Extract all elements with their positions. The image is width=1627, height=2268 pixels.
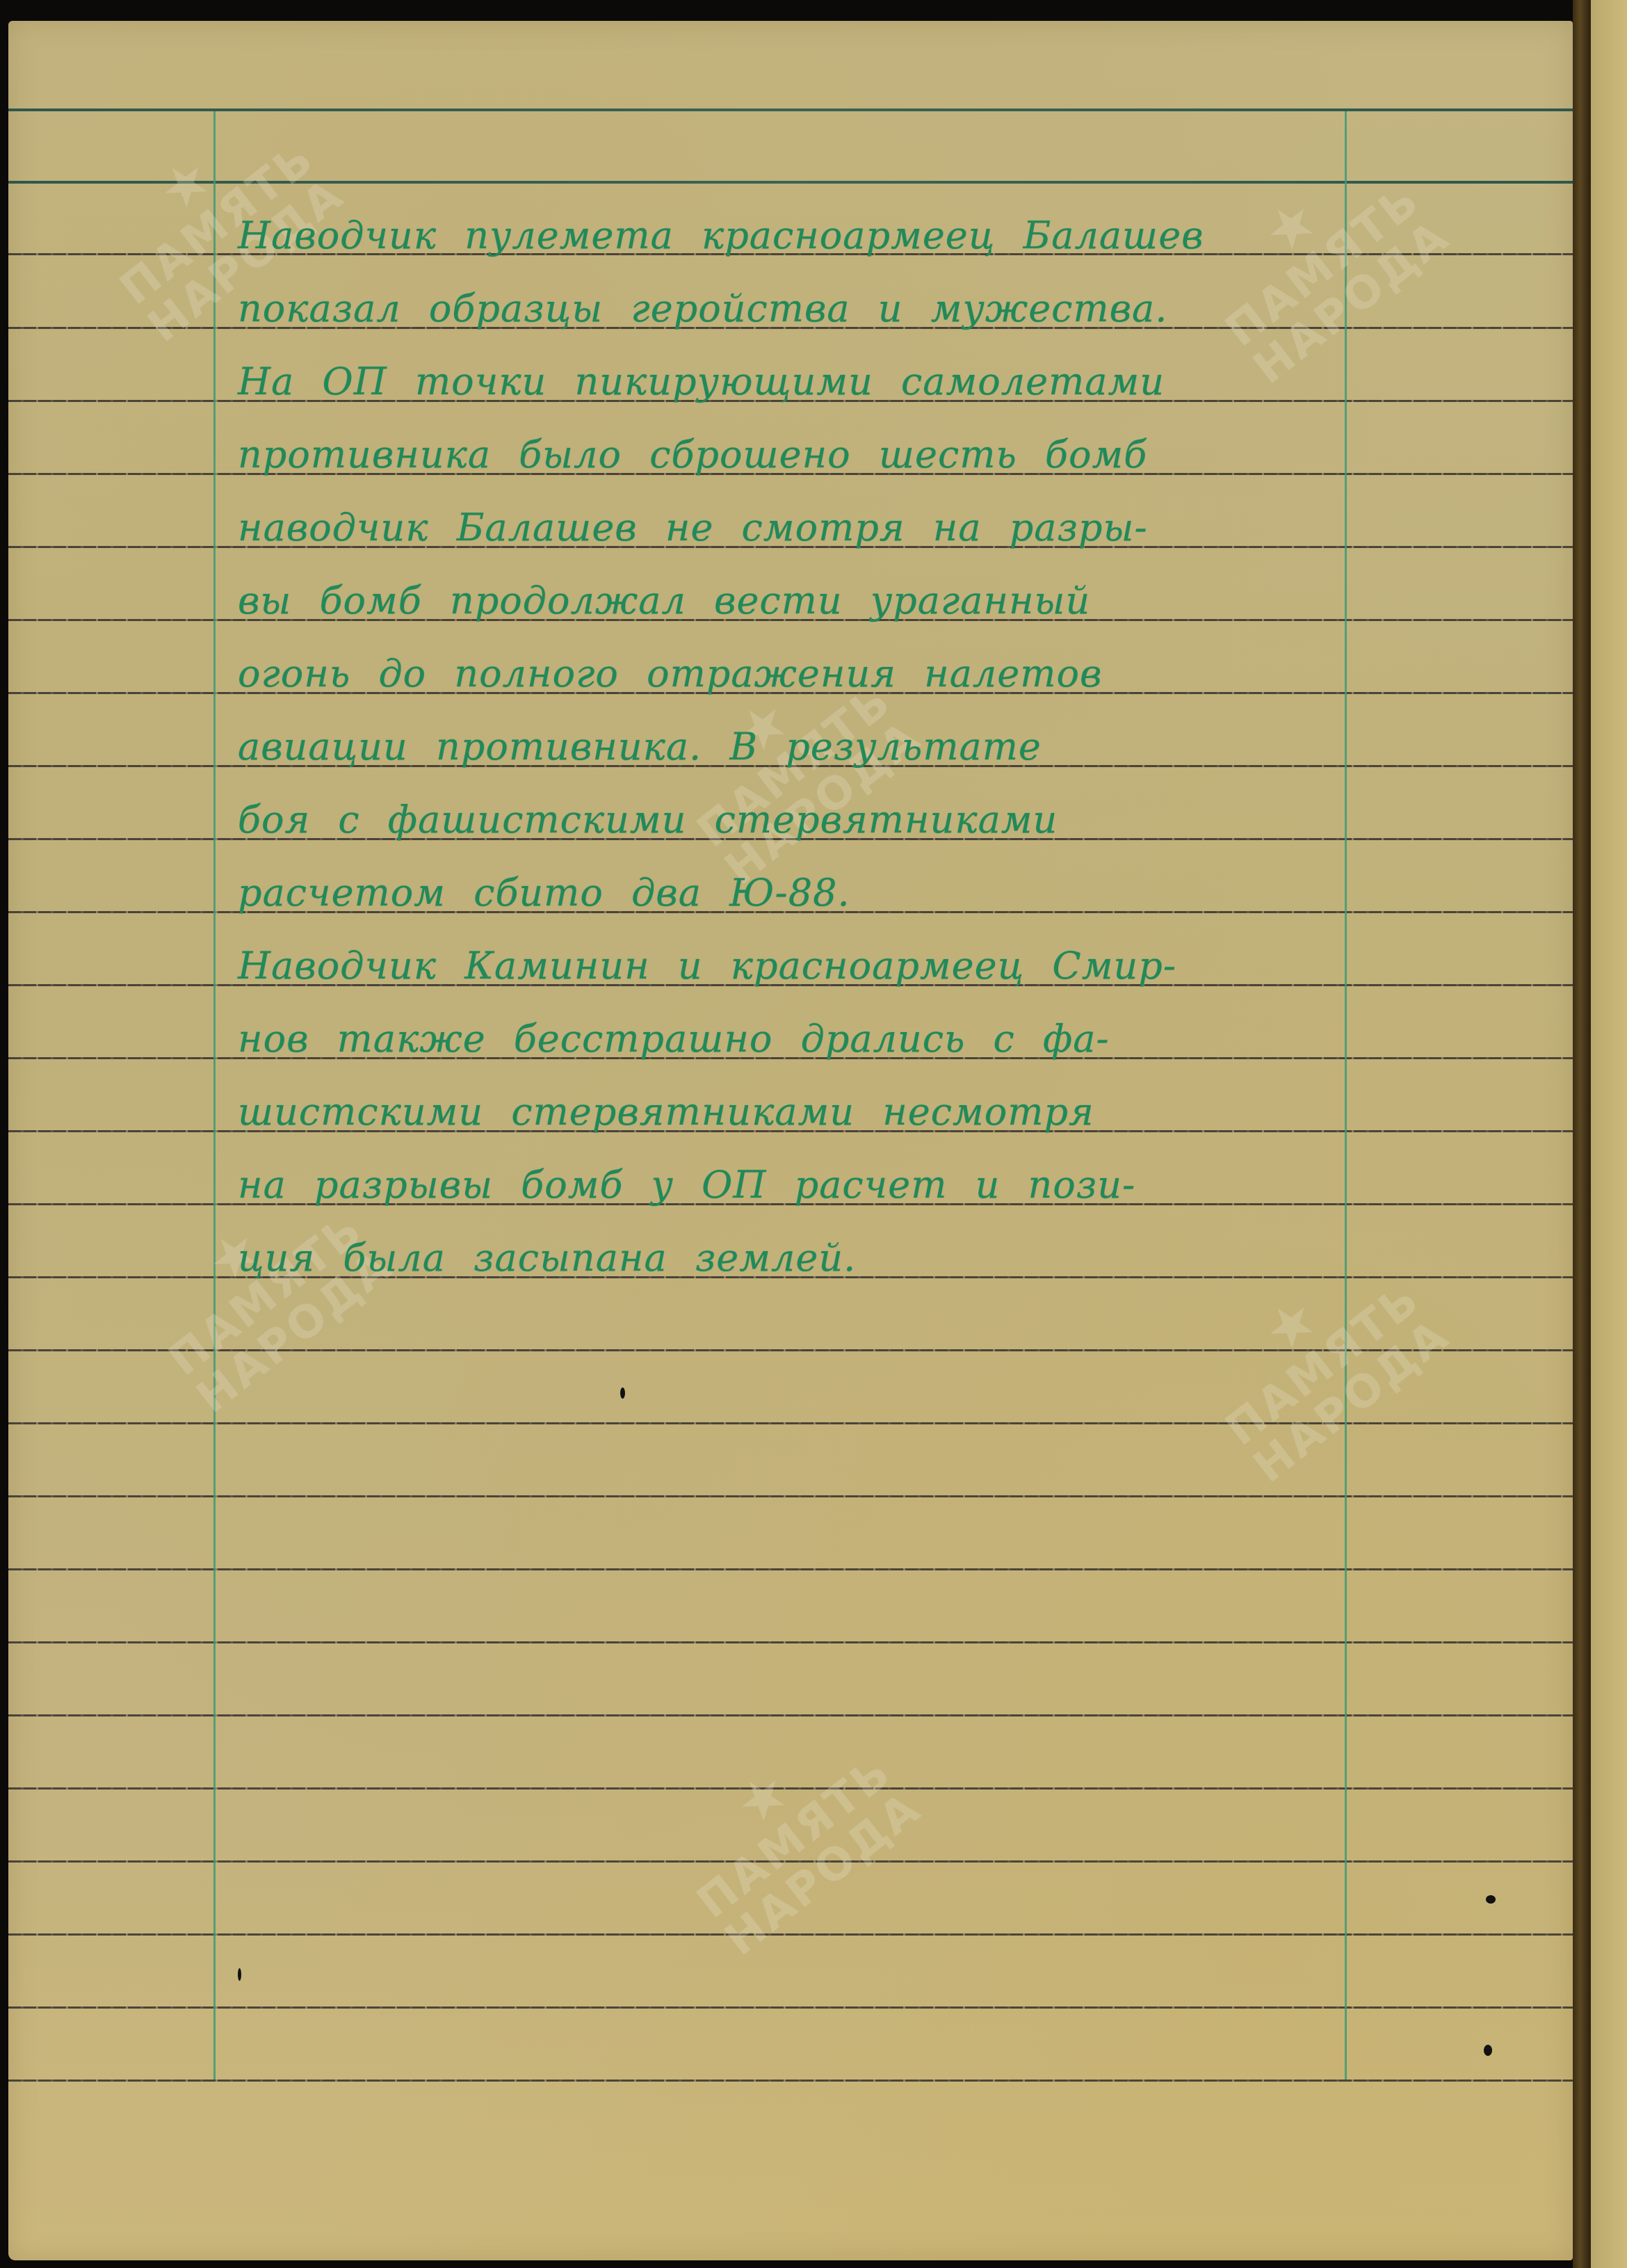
ruled-line — [8, 1568, 1573, 1570]
ruled-line — [8, 2080, 1573, 2082]
ruled-line — [8, 1641, 1573, 1643]
ink-speck — [620, 1388, 625, 1399]
ruled-line — [8, 1714, 1573, 1716]
handwritten-line: на разрывы бомб у ОП расчет и пози- — [238, 1166, 1135, 1204]
star-icon: ★ — [1183, 1231, 1401, 1418]
ruled-line — [8, 2006, 1573, 2009]
ink-speck — [1486, 1895, 1496, 1904]
handwritten-line: показал образцы геройства и мужества. — [238, 290, 1167, 328]
ruled-line — [8, 1422, 1573, 1424]
ruled-line — [8, 1349, 1573, 1351]
star-icon: ★ — [655, 1704, 873, 1891]
right-margin-line — [1345, 111, 1347, 2080]
handwritten-line: огонь до полного отражения налетов — [238, 655, 1102, 693]
handwritten-line: Наводчик Каминин и красноармеец Смир- — [238, 947, 1176, 985]
ruled-line — [8, 1933, 1573, 1936]
handwritten-line: боя с фашистскими стервятниками — [238, 801, 1058, 839]
left-margin-line — [213, 111, 216, 2080]
notebook-page: ★ ПАМЯТЬ НАРОДА ★ ПАМЯТЬ НАРОДА ★ ПАМЯТЬ… — [8, 21, 1573, 2260]
handwritten-line: ция была засыпана землей. — [238, 1239, 856, 1277]
handwritten-line: шистскими стервятниками несмотря — [238, 1093, 1094, 1131]
ruled-line — [8, 1860, 1573, 1863]
notebook-spine — [1573, 0, 1591, 2268]
watermark: ★ ПАМЯТЬ НАРОДА — [1183, 1231, 1459, 1492]
adjacent-page-edge — [1591, 0, 1627, 2268]
ruled-line — [8, 1787, 1573, 1790]
handwritten-line: Наводчик пулемета красноармеец Балашев — [238, 217, 1204, 255]
handwritten-line: нов также бесстрашно дрались с фа- — [238, 1020, 1110, 1058]
header-rule — [8, 181, 1573, 184]
star-icon: ★ — [1183, 132, 1401, 319]
watermark: ★ ПАМЯТЬ НАРОДА — [655, 1704, 930, 1965]
ink-speck — [238, 1968, 241, 1981]
handwritten-line: противника было сброшено шесть бомб — [238, 436, 1147, 474]
ruled-line — [8, 1495, 1573, 1497]
handwritten-line: авиации противника. В результате — [238, 728, 1042, 766]
handwritten-line: наводчик Балашев не смотря на разры- — [238, 509, 1148, 547]
header-rule — [8, 108, 1573, 111]
handwritten-line: расчетом сбито два Ю-88. — [238, 874, 850, 912]
handwritten-line: На ОП точки пикирующими самолетами — [238, 363, 1165, 401]
handwritten-line: вы бомб продолжал вести ураганный — [238, 582, 1090, 620]
watermark: ★ ПАМЯТЬ НАРОДА — [1183, 132, 1459, 393]
ink-speck — [1484, 2045, 1492, 2056]
